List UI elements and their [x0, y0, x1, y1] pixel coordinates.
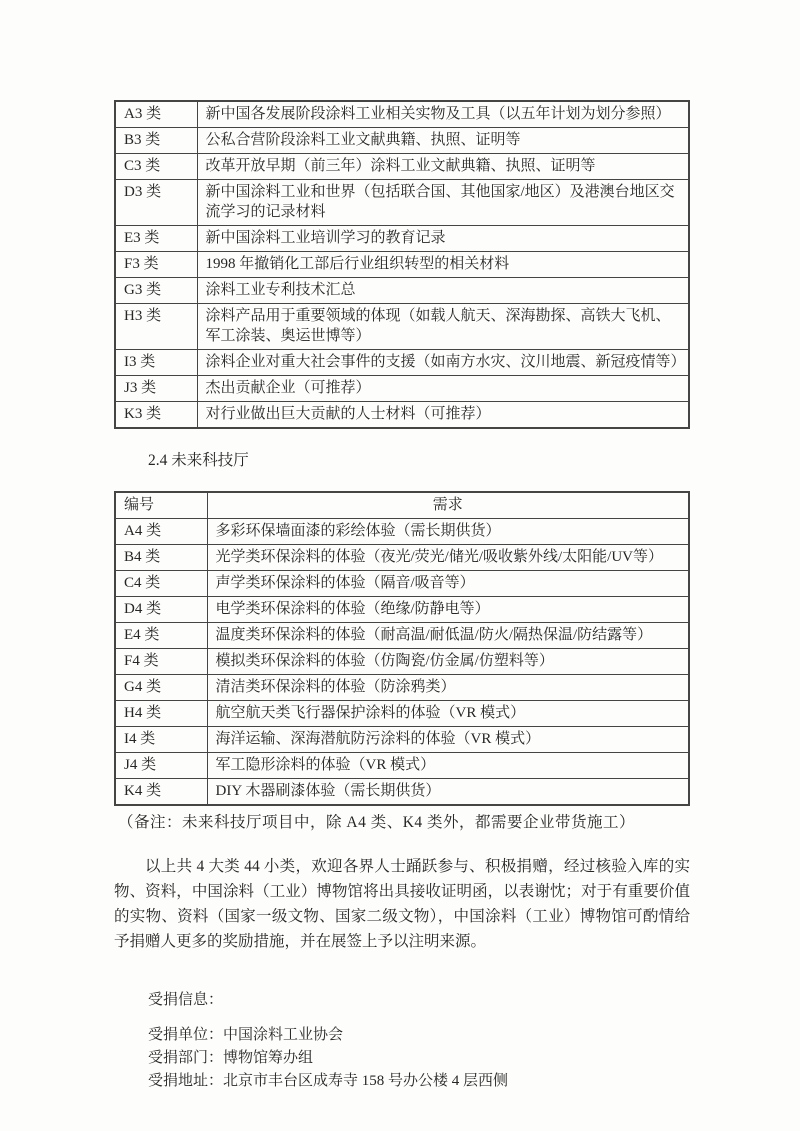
- row-desc-cell: 新中国涂料工业培训学习的教育记录: [197, 226, 689, 252]
- row-desc-cell: 清洁类环保涂料的体验（防涂鸦类）: [207, 675, 689, 701]
- future-tech-hall-table: 编号 需求 A4 类 多彩环保墙面漆的彩绘体验（需长期供货） B4 类 光学类环…: [114, 491, 690, 806]
- row-code-cell: J4 类: [115, 753, 207, 779]
- row-desc-cell: 多彩环保墙面漆的彩绘体验（需长期供货）: [207, 519, 689, 545]
- row-code-cell: F3 类: [115, 252, 197, 278]
- table-row: D3 类 新中国涂料工业和世界（包括联合国、其他国家/地区）及港澳台地区交流学习…: [115, 180, 689, 226]
- exhibit-hall-3-table: A3 类 新中国各发展阶段涂料工业相关实物及工具（以五年计划为划分参照） B3 …: [114, 100, 690, 429]
- table-row: A4 类 多彩环保墙面漆的彩绘体验（需长期供货）: [115, 519, 689, 545]
- header-code: 编号: [115, 492, 207, 519]
- table-row: K3 类 对行业做出巨大贡献的人士材料（可推荐）: [115, 402, 689, 429]
- table-row: E3 类 新中国涂料工业培训学习的教育记录: [115, 226, 689, 252]
- row-desc-cell: 改革开放早期（前三年）涂料工业文献典籍、执照、证明等: [197, 154, 689, 180]
- row-code-cell: C3 类: [115, 154, 197, 180]
- row-code-cell: A4 类: [115, 519, 207, 545]
- table-row: C4 类 声学类环保涂料的体验（隔音/吸音等）: [115, 571, 689, 597]
- exhibit-hall-3-table-body: A3 类 新中国各发展阶段涂料工业相关实物及工具（以五年计划为划分参照） B3 …: [115, 101, 689, 428]
- row-desc-cell: 光学类环保涂料的体验（夜光/荧光/储光/吸收紫外线/太阳能/UV等）: [207, 545, 689, 571]
- donation-info-lines: 受捐单位：中国涂料工业协会 受捐部门：博物馆筹办组 受捐地址：北京市丰台区成寿寺…: [148, 1024, 690, 1093]
- row-code-cell: E3 类: [115, 226, 197, 252]
- future-tech-hall-table-body: A4 类 多彩环保墙面漆的彩绘体验（需长期供货） B4 类 光学类环保涂料的体验…: [115, 519, 689, 806]
- donation-line: 受捐部门：博物馆筹办组: [148, 1047, 690, 1070]
- row-code-cell: F4 类: [115, 649, 207, 675]
- table-row: C3 类 改革开放早期（前三年）涂料工业文献典籍、执照、证明等: [115, 154, 689, 180]
- row-code-cell: D3 类: [115, 180, 197, 226]
- table-header-row: 编号 需求: [115, 492, 689, 519]
- document-content: A3 类 新中国各发展阶段涂料工业相关实物及工具（以五年计划为划分参照） B3 …: [114, 100, 690, 1093]
- row-code-cell: K3 类: [115, 402, 197, 429]
- row-code-cell: G4 类: [115, 675, 207, 701]
- header-desc: 需求: [207, 492, 689, 519]
- row-desc-cell: 声学类环保涂料的体验（隔音/吸音等）: [207, 571, 689, 597]
- future-tech-hall-table-head: 编号 需求: [115, 492, 689, 519]
- table-row: E4 类 温度类环保涂料的体验（耐高温/耐低温/防火/隔热保温/防结露等）: [115, 623, 689, 649]
- table-row: A3 类 新中国各发展阶段涂料工业相关实物及工具（以五年计划为划分参照）: [115, 101, 689, 128]
- row-desc-cell: 杰出贡献企业（可推荐）: [197, 376, 689, 402]
- row-desc-cell: 模拟类环保涂料的体验（仿陶瓷/仿金属/仿塑料等）: [207, 649, 689, 675]
- row-desc-cell: 新中国涂料工业和世界（包括联合国、其他国家/地区）及港澳台地区交流学习的记录材料: [197, 180, 689, 226]
- table-note: （备注：未来科技厅项目中，除 A4 类、K4 类外，都需要企业带货施工）: [118, 810, 690, 832]
- table-row: G3 类 涂料工业专利技术汇总: [115, 278, 689, 304]
- row-desc-cell: 涂料企业对重大社会事件的支援（如南方水灾、汶川地震、新冠疫情等）: [197, 350, 689, 376]
- row-desc-cell: 航空航天类飞行器保护涂料的体验（VR 模式）: [207, 701, 689, 727]
- row-code-cell: B4 类: [115, 545, 207, 571]
- summary-paragraph: 以上共 4 大类 44 小类，欢迎各界人士踊跃参与、积极捐赠，经过核验入库的实物…: [114, 854, 690, 954]
- row-code-cell: A3 类: [115, 101, 197, 128]
- donation-line: 受捐单位：中国涂料工业协会: [148, 1024, 690, 1047]
- row-desc-cell: 1998 年撤销化工部后行业组织转型的相关材料: [197, 252, 689, 278]
- row-desc-cell: DIY 木器刷漆体验（需长期供货）: [207, 779, 689, 806]
- row-code-cell: H4 类: [115, 701, 207, 727]
- row-code-cell: I4 类: [115, 727, 207, 753]
- row-desc-cell: 温度类环保涂料的体验（耐高温/耐低温/防火/隔热保温/防结露等）: [207, 623, 689, 649]
- row-desc-cell: 军工隐形涂料的体验（VR 模式）: [207, 753, 689, 779]
- table-row: B4 类 光学类环保涂料的体验（夜光/荧光/储光/吸收紫外线/太阳能/UV等）: [115, 545, 689, 571]
- row-desc-cell: 涂料工业专利技术汇总: [197, 278, 689, 304]
- row-code-cell: E4 类: [115, 623, 207, 649]
- row-code-cell: H3 类: [115, 304, 197, 350]
- table-row: I3 类 涂料企业对重大社会事件的支援（如南方水灾、汶川地震、新冠疫情等）: [115, 350, 689, 376]
- table-row: B3 类 公私合营阶段涂料工业文献典籍、执照、证明等: [115, 128, 689, 154]
- row-desc-cell: 涂料产品用于重要领域的体现（如载人航天、深海勘探、高铁大飞机、军工涂装、奥运世博…: [197, 304, 689, 350]
- document-page: A3 类 新中国各发展阶段涂料工业相关实物及工具（以五年计划为划分参照） B3 …: [0, 0, 800, 1131]
- row-code-cell: G3 类: [115, 278, 197, 304]
- table-row: H3 类 涂料产品用于重要领域的体现（如载人航天、深海勘探、高铁大飞机、军工涂装…: [115, 304, 689, 350]
- donation-line: 受捐地址：北京市丰台区成寿寺 158 号办公楼 4 层西侧: [148, 1070, 690, 1093]
- row-code-cell: D4 类: [115, 597, 207, 623]
- donation-info-title: 受捐信息：: [148, 988, 690, 1009]
- row-code-cell: C4 类: [115, 571, 207, 597]
- row-code-cell: K4 类: [115, 779, 207, 806]
- row-desc-cell: 新中国各发展阶段涂料工业相关实物及工具（以五年计划为划分参照）: [197, 101, 689, 128]
- table-row: J4 类 军工隐形涂料的体验（VR 模式）: [115, 753, 689, 779]
- table-row: D4 类 电学类环保涂料的体验（绝缘/防静电等）: [115, 597, 689, 623]
- row-code-cell: J3 类: [115, 376, 197, 402]
- table-row: H4 类 航空航天类飞行器保护涂料的体验（VR 模式）: [115, 701, 689, 727]
- row-desc-cell: 海洋运输、深海潜航防污涂料的体验（VR 模式）: [207, 727, 689, 753]
- table-row: F4 类 模拟类环保涂料的体验（仿陶瓷/仿金属/仿塑料等）: [115, 649, 689, 675]
- row-desc-cell: 电学类环保涂料的体验（绝缘/防静电等）: [207, 597, 689, 623]
- table-row: F3 类 1998 年撤销化工部后行业组织转型的相关材料: [115, 252, 689, 278]
- table-row: I4 类 海洋运输、深海潜航防污涂料的体验（VR 模式）: [115, 727, 689, 753]
- row-desc-cell: 公私合营阶段涂料工业文献典籍、执照、证明等: [197, 128, 689, 154]
- table-row: K4 类 DIY 木器刷漆体验（需长期供货）: [115, 779, 689, 806]
- section-heading: 2.4 未来科技厅: [148, 448, 690, 470]
- row-desc-cell: 对行业做出巨大贡献的人士材料（可推荐）: [197, 402, 689, 429]
- table-row: G4 类 清洁类环保涂料的体验（防涂鸦类）: [115, 675, 689, 701]
- row-code-cell: I3 类: [115, 350, 197, 376]
- row-code-cell: B3 类: [115, 128, 197, 154]
- table-row: J3 类 杰出贡献企业（可推荐）: [115, 376, 689, 402]
